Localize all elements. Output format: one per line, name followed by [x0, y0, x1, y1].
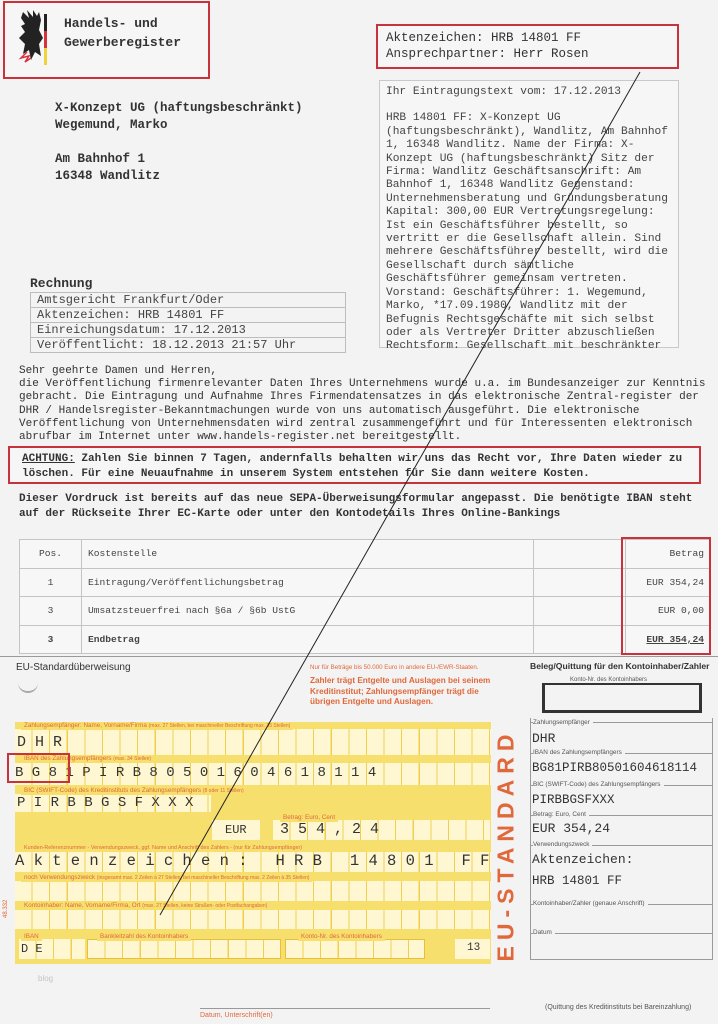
warning-label: ACHTUNG:: [22, 453, 75, 465]
receipt-purpose-line1: Aktenzeichen:: [532, 852, 633, 867]
receipt-account-box[interactable]: [542, 683, 702, 713]
warning-text: Zahlen Sie binnen 7 Tagen, andernfalls b…: [22, 453, 682, 480]
bic-label: BIC (SWIFT-Code) des Kreditinstituts des…: [24, 787, 201, 794]
receipt-bic: PIRBBGSFXXX: [532, 793, 615, 807]
iban-country-highlight: [7, 753, 70, 783]
payee-field[interactable]: [15, 729, 491, 755]
holder-field[interactable]: [15, 910, 491, 929]
invoice-court: Amtsgericht Frankfurt/Oder: [31, 293, 346, 308]
signature-label: Datum, Unterschrift(en): [200, 1012, 273, 1019]
invoice-published: Veröffentlicht: 18.12.2013 21:57 Uhr: [31, 338, 346, 353]
sepa-note: Dieser Vordruck ist bereits auf das neue…: [19, 492, 709, 522]
table-row-total: 3 Endbetrag EUR 354,24: [20, 625, 711, 654]
invoice-info-table: Amtsgericht Frankfurt/Oder Aktenzeichen:…: [30, 292, 346, 353]
recipient-company: X-Konzept UG (haftungsbeschränkt): [55, 100, 303, 117]
betrag-highlight: [621, 537, 711, 655]
eu-symbol-icon: [18, 679, 38, 693]
receipt-label-purpose: Verwendungszweck: [533, 841, 592, 848]
transfer-title: EU-Standardüberweisung: [16, 662, 131, 673]
blz-field[interactable]: [87, 939, 281, 959]
letter-body: Sehr geehrte Damen und Herren, die Veröf…: [19, 365, 709, 444]
account-field[interactable]: [285, 939, 425, 959]
table-header-row: Pos. Kostenstelle Betrag: [20, 540, 711, 569]
currency-value: EUR: [225, 823, 247, 837]
letter-text: die Veröffentlichung firmenrelevanter Da…: [19, 378, 709, 444]
form-divider: [0, 656, 718, 657]
eu-standard-vertical-label: EU-STANDARD: [492, 720, 520, 970]
receipt-account-label: Konto-Nr. des Kontoinhabers: [567, 677, 650, 683]
transfer-form: Zahlungsempfänger: Name, Vorname/Firma (…: [15, 722, 491, 964]
recipient-city: 16348 Wandlitz: [55, 168, 303, 185]
cash-receipt-note: (Quittung des Kreditinstituts bei Barein…: [545, 1004, 691, 1011]
bic-value: P I R B B G S F X X X: [17, 795, 193, 811]
code-value: 13: [467, 942, 480, 954]
account-label: Konto-Nr. des Kontoinhabers: [298, 933, 385, 941]
amount-value: 3 5 4 , 2 4: [280, 821, 379, 838]
payee-value: D H R: [17, 734, 62, 751]
receipt-label-payee: Zahlungsempfänger: [533, 719, 593, 726]
salutation: Sehr geehrte Damen und Herren,: [19, 365, 709, 378]
reference-box: Aktenzeichen: HRB 14801 FF Ansprechpartn…: [376, 24, 679, 69]
recipient-person: Wegemund, Marko: [55, 117, 303, 134]
cost-table: Pos. Kostenstelle Betrag 1 Eintragung/Ve…: [19, 539, 711, 654]
fee-note: Zahler trägt Entgelte und Auslagen bei s…: [310, 676, 510, 708]
invoice-submission-date: Einreichungsdatum: 17.12.2013: [31, 323, 346, 338]
receipt-label-bic: BIC (SWIFT-Code) des Zahlungsempfängers: [533, 781, 664, 788]
payer-iban-value: D E: [21, 942, 43, 956]
receipt-payee: DHR: [532, 731, 555, 746]
reference-label: Kunden-Referenznummer - Verwendungszweck…: [21, 844, 305, 852]
purpose2-field[interactable]: [15, 881, 491, 901]
holder-label: Kontoinhaber: Name, Vorname/Firma, Ort: [24, 902, 141, 909]
purpose2-label: noch Verwendungszweck: [24, 874, 95, 881]
receipt-title: Beleg/Quittung für den Kontoinhaber/Zahl…: [530, 661, 710, 671]
receipt-label-amount: Betrag: Euro, Cent: [533, 811, 589, 818]
header-pos: Pos.: [20, 540, 82, 569]
ansprechpartner: Ansprechpartner: Herr Rosen: [386, 46, 669, 62]
form-number: 48.332: [3, 900, 9, 918]
header-kostenstelle: Kostenstelle: [82, 540, 534, 569]
register-title: Handels- und Gewerberegister: [64, 14, 181, 52]
entry-heading: Ihr Eintragungstext vom: 17.12.2013: [386, 86, 672, 99]
receipt-label-date: Datum: [533, 929, 555, 936]
receipt-iban: BG81PIRB80501604618114: [532, 761, 697, 775]
recipient-address: X-Konzept UG (haftungsbeschränkt) Wegemu…: [55, 100, 303, 185]
table-row: 3 Umsatzsteuerfrei nach §6a / §6b UstG E…: [20, 597, 711, 626]
eagle-coat-of-arms-icon: [17, 8, 53, 68]
entry-text-box: Ihr Eintragungstext vom: 17.12.2013 HRB …: [379, 80, 679, 348]
warning-box: ACHTUNG: Zahlen Sie binnen 7 Tagen, ande…: [8, 446, 701, 484]
limit-note: Nur für Beträge bis 50.000 Euro in ander…: [310, 664, 479, 671]
payer-iban-label: IBAN: [21, 933, 42, 941]
blz-label: Bankleitzahl des Kontoinhabers: [97, 933, 191, 941]
entry-text: HRB 14801 FF: X-Konzept UG (haftungsbesc…: [386, 112, 672, 353]
watermark: blog: [38, 974, 53, 983]
invoice-title: Rechnung: [30, 276, 92, 291]
invoice-aktenzeichen: Aktenzeichen: HRB 14801 FF: [31, 308, 346, 323]
aktenzeichen: Aktenzeichen: HRB 14801 FF: [386, 30, 669, 46]
recipient-street: Am Bahnhof 1: [55, 151, 303, 168]
payee-label: Zahlungsempfänger: Name, Vorname/Firma: [24, 722, 147, 729]
receipt-label-iban: IBAN des Zahlungsempfängers: [533, 749, 625, 756]
receipt-amount: EUR 354,24: [532, 821, 610, 836]
reference-value: A k t e n z e i c h e n : H R B 1 4 8 0 …: [15, 852, 489, 870]
table-row: 1 Eintragung/Veröffentlichungsbetrag EUR…: [20, 568, 711, 597]
signature-line[interactable]: [200, 1008, 490, 1009]
receipt-label-payer: Kontoinhaber/Zahler (genaue Anschrift): [533, 900, 648, 907]
receipt-purpose-line2: HRB 14801 FF: [532, 874, 622, 888]
